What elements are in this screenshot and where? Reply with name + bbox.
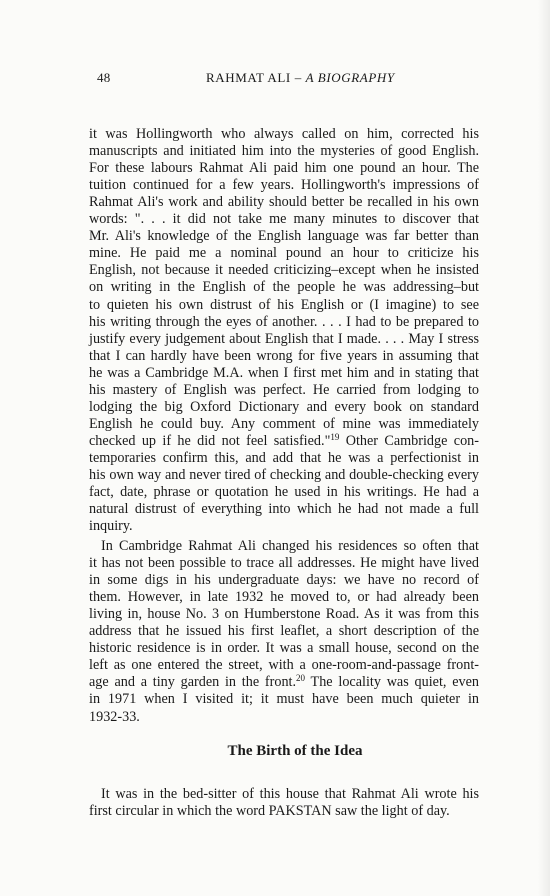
text-line: fact, date, phrase or quotation he used … <box>89 484 479 501</box>
text-line: his own way and never tired of checking … <box>89 467 479 484</box>
text-line: Mr. Ali's knowledge of the English langu… <box>89 228 479 245</box>
text-line: he was a Cambridge M.A. when I first met… <box>89 365 479 382</box>
text-line: In Cambridge Rahmat Ali changed his resi… <box>89 538 479 555</box>
text-line: to quieten his own distrust of his Engli… <box>89 297 479 314</box>
footnote-marker: 19 <box>330 432 339 442</box>
text-line: historic residence is in order. It was a… <box>89 640 479 657</box>
text-line: mine. He paid me a nominal pound an hour… <box>89 245 479 262</box>
section-heading: The Birth of the Idea <box>0 743 550 760</box>
text-line: his writing through the eyes of another.… <box>89 314 479 331</box>
text-line: it has not been possible to trace all ad… <box>89 555 479 572</box>
text-line: them. However, in late 1932 he moved to,… <box>89 589 479 606</box>
text-line: For these labours Rahmat Ali paid him on… <box>89 160 479 177</box>
running-head: RAHMAT ALI – A BIOGRAPHY <box>206 70 395 86</box>
text-line: justify every judgement about English th… <box>89 331 479 348</box>
page-number: 48 <box>97 70 110 86</box>
running-head-title: RAHMAT ALI – <box>206 70 306 85</box>
text-line: tuition continued for a few years. Holli… <box>89 177 479 194</box>
text-line: that I can hardly have been wrong for fi… <box>89 348 479 365</box>
text-line: it was Hollingworth who always called on… <box>89 126 479 143</box>
footnote-marker: 20 <box>296 673 305 683</box>
text-line: English, not because it needed criticizi… <box>89 262 479 279</box>
text-line: in some digs in his undergraduate days: … <box>89 572 479 589</box>
text-line: on writing in the English of the people … <box>89 279 479 296</box>
text-line: his mastery of English was perfect. He c… <box>89 382 479 399</box>
text-line: lodging the big Oxford Dictionary and ev… <box>89 399 479 416</box>
text-line: 1932-33. <box>89 709 479 726</box>
text-line: Rahmat Ali's work and ability should bet… <box>89 194 479 211</box>
text-line: living in, house No. 3 on Humberstone Ro… <box>89 606 479 623</box>
text-line: checked up if he did not feel satisfied.… <box>89 433 479 450</box>
text-line: inquiry. <box>89 518 479 535</box>
text-line: natural distrust of everything into whic… <box>89 501 479 518</box>
text-line: English he could buy. Any comment of min… <box>89 416 479 433</box>
text-line: in 1971 when I visited it; it must have … <box>89 691 479 708</box>
text-line: manuscripts and initiated him into the m… <box>89 143 479 160</box>
text-line: left as one entered the street, with a o… <box>89 657 479 674</box>
text-line: It was in the bed-sitter of this house t… <box>89 786 479 803</box>
text-line: temporaries confirm this, and add that h… <box>89 450 479 467</box>
text-line: words: ". . . it did not take me many mi… <box>89 211 479 228</box>
page-edge-shadow <box>538 0 550 896</box>
text-line: age and a tiny garden in the front.20 Th… <box>89 674 479 691</box>
text-line: address that he issued his first leaflet… <box>89 623 479 640</box>
text-line: first circular in which the word PAKSTAN… <box>89 803 479 820</box>
running-head-subtitle: A BIOGRAPHY <box>306 70 395 85</box>
